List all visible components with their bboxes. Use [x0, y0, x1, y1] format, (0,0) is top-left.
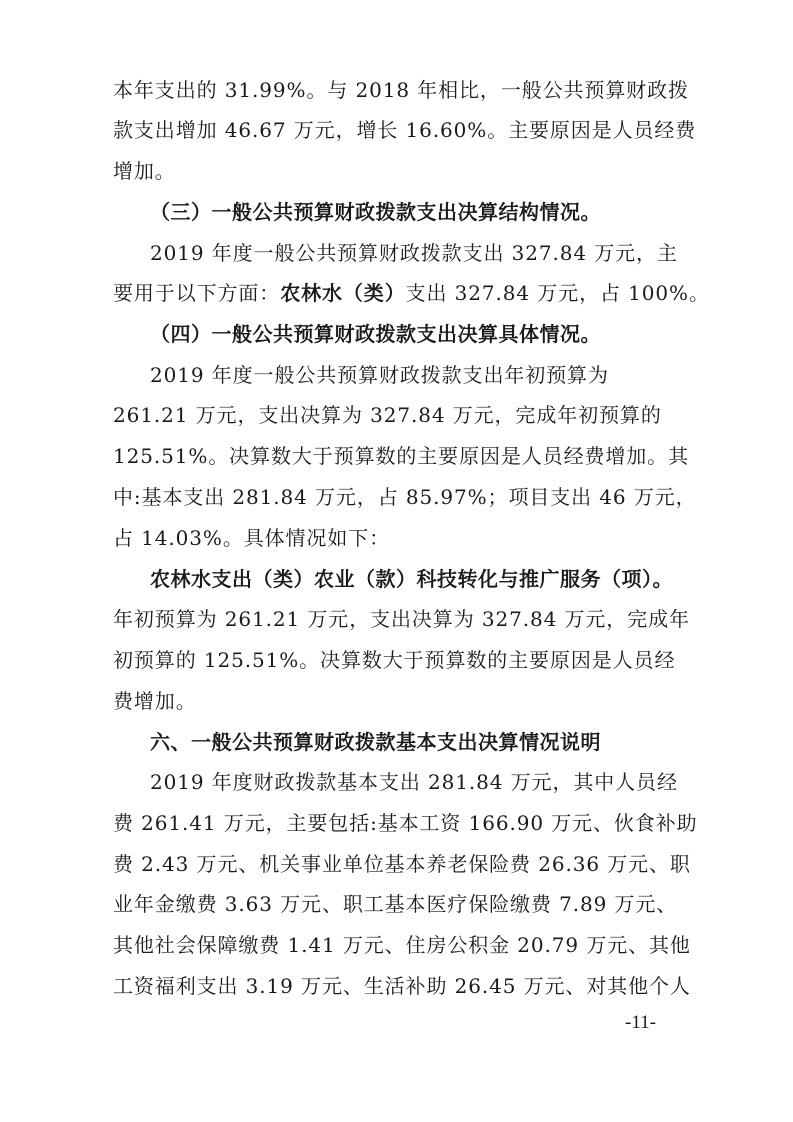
- paragraph-line: 2019 年度财政拨款基本支出 281.84 万元，其中人员经: [150, 762, 683, 802]
- paragraph-line: 125.51%。决算数大于预算数的主要原因是人员经费增加。其: [113, 436, 683, 476]
- paragraph-line: 要用于以下方面：农林水（类）支出 327.84 万元，占 100%。: [113, 273, 683, 313]
- document-page: 本年支出的 31.99%。与 2018 年相比，一般公共预算财政拨 款支出增加 …: [0, 0, 793, 1122]
- paragraph-line: 中:基本支出 281.84 万元，占 85.97%；项目支出 46 万元，: [113, 477, 683, 517]
- section-heading-6: 六、一般公共预算财政拨款基本支出决算情况说明: [150, 722, 683, 762]
- paragraph-line: 261.21 万元，支出决算为 327.84 万元，完成年初预算的: [113, 395, 683, 435]
- page-number: -11-: [625, 1008, 656, 1038]
- paragraph-line: 业年金缴费 3.63 万元、职工基本医疗保险缴费 7.89 万元、: [113, 884, 683, 924]
- paragraph-line: 款支出增加 46.67 万元，增长 16.60%。主要原因是人员经费: [113, 110, 683, 150]
- text-run: 支出 327.84 万元，占 100%。: [406, 281, 710, 305]
- paragraph-line: 其他社会保障缴费 1.41 万元、住房公积金 20.79 万元、其他: [113, 925, 683, 965]
- paragraph-line: 占 14.03%。具体情况如下：: [113, 518, 683, 558]
- paragraph-line: 费 2.43 万元、机关事业单位基本养老保险费 26.36 万元、职: [113, 844, 683, 884]
- paragraph-line: 本年支出的 31.99%。与 2018 年相比，一般公共预算财政拨: [113, 70, 683, 110]
- text-run: 要用于以下方面：: [113, 281, 280, 305]
- bold-category: 农林水（类）: [280, 281, 405, 305]
- paragraph-line: 费 261.41 万元，主要包括:基本工资 166.90 万元、伙食补助: [113, 803, 683, 843]
- paragraph-line: 年初预算为 261.21 万元，支出决算为 327.84 万元，完成年: [113, 599, 683, 639]
- section-heading-3: （三）一般公共预算财政拨款支出决算结构情况。: [150, 192, 683, 232]
- paragraph-line: 2019 年度一般公共预算财政拨款支出 327.84 万元，主: [150, 233, 683, 273]
- paragraph-line-overlap-guard: [113, 966, 683, 1006]
- section-heading-4: （四）一般公共预算财政拨款支出决算具体情况。: [150, 314, 683, 354]
- paragraph-line: 初预算的 125.51%。决算数大于预算数的主要原因是人员经: [113, 640, 683, 680]
- paragraph-line: 2019 年度一般公共预算财政拨款支出年初预算为: [150, 355, 683, 395]
- item-heading: 农林水支出（类）农业（款）科技转化与推广服务（项）。: [150, 559, 683, 599]
- paragraph-line: 增加。: [113, 151, 683, 191]
- paragraph-line: 费增加。: [113, 681, 683, 721]
